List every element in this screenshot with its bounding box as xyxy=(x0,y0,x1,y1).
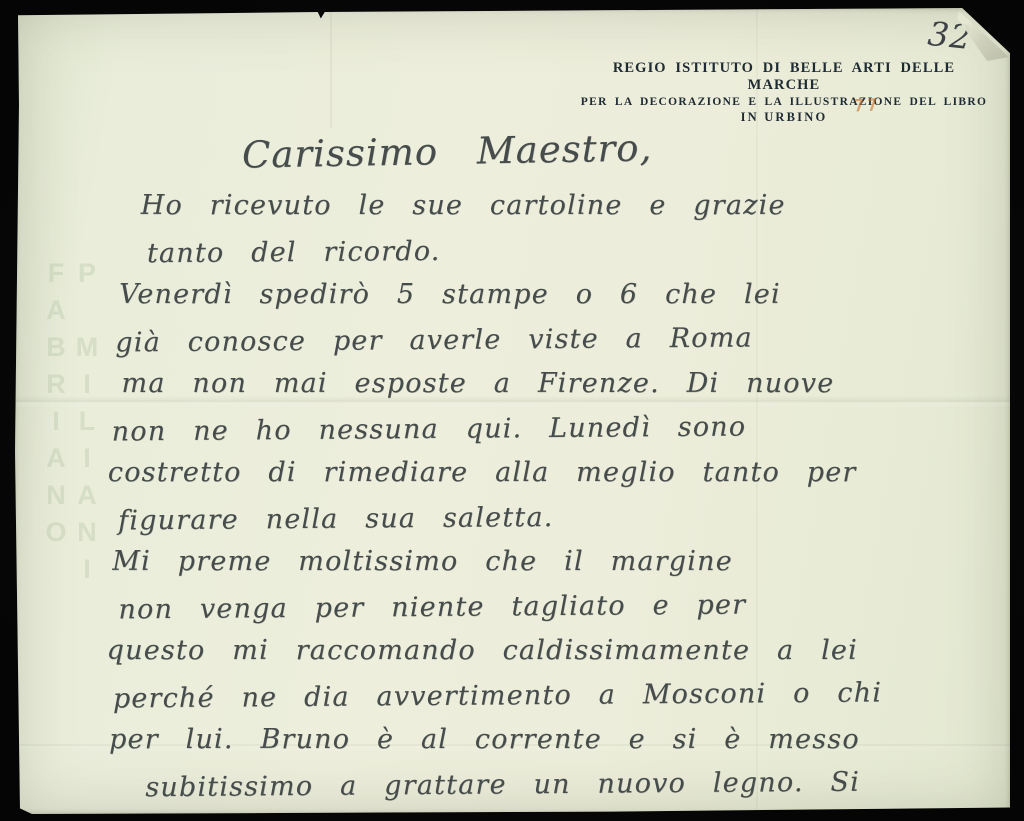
letterhead-city: IN URBINO xyxy=(574,110,994,125)
salutation-line: Carissimo Maestro, xyxy=(242,126,653,176)
letter-body: Ho ricevuto le sue cartoline e grazie ta… xyxy=(105,182,998,809)
handwritten-line: ma non mai esposte a Firenze. Di nuove xyxy=(122,362,996,407)
handwritten-line: già conosce per averle viste a Roma xyxy=(115,314,995,365)
handwritten-line: subitissimo a grattare un nuovo legno. S… xyxy=(145,759,997,810)
handwritten-line: Ho ricevuto le sue cartoline e grazie xyxy=(141,184,995,229)
archive-stamp-number: 77 xyxy=(854,96,881,117)
handwritten-line: figurare nella sua saletta. xyxy=(118,492,996,543)
handwritten-line: non venga per niente tagliato e per xyxy=(118,581,996,632)
letterhead: REGIO ISTITUTO DI BELLE ARTI DELLE MARCH… xyxy=(574,60,994,125)
handwritten-line: Venerdì spedirò 5 stampe o 6 che lei xyxy=(119,273,995,318)
letterhead-institution: REGIO ISTITUTO DI BELLE ARTI DELLE MARCH… xyxy=(574,60,994,94)
paper-watermark: P MILIANI FABRIANO xyxy=(40,258,102,718)
handwritten-line: tanto del ricordo. xyxy=(147,225,995,276)
handwritten-line: per lui. Bruno è al corrente e si è mess… xyxy=(109,718,997,763)
handwritten-line: perché ne dia avvertimento a Mosconi o c… xyxy=(113,670,997,721)
handwritten-line: costretto di rimediare alla meglio tanto… xyxy=(108,451,996,496)
handwritten-line: non ne ho nessuna qui. Lunedì sono xyxy=(112,403,996,454)
handwritten-line: questo mi raccomando caldissimamente a l… xyxy=(107,629,997,674)
handwritten-line: Mi preme moltissimo che il margine xyxy=(112,540,996,585)
letter-page: P MILIANI FABRIANO REGIO ISTITUTO DI BEL… xyxy=(14,8,1010,814)
vertical-fold-crease xyxy=(330,8,332,128)
letterhead-subtitle: PER LA DECORAZIONE E LA ILLUSTRAZIONE DE… xyxy=(574,96,994,108)
